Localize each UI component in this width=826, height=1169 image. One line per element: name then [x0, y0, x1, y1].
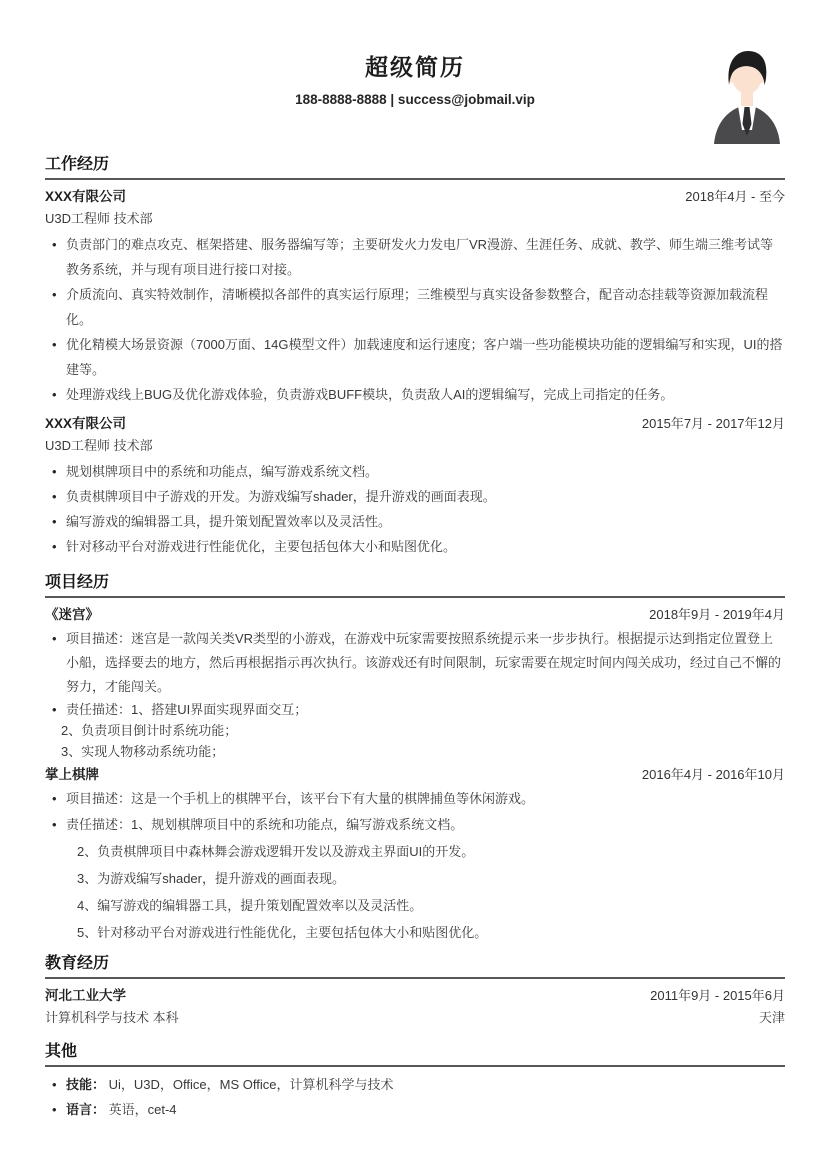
education-detail-row: 计算机科学与技术 本科 天津 — [45, 1009, 785, 1026]
responsibility-subitem: 2、负责棋牌项目中森林舞会游戏逻辑开发以及游戏主界面UI的开发。 — [77, 838, 785, 865]
bullet-list: 项目描述：这是一个手机上的棋牌平台，该平台下有大量的棋牌捕鱼等休闲游戏。 责任描… — [45, 787, 785, 838]
section-heading-work: 工作经历 — [45, 155, 785, 180]
company-name: XXX有限公司 — [45, 415, 126, 432]
resume-header: 超级简历 188-8888-8888 | success@jobmail.vip — [45, 54, 785, 109]
bullet-item: 规划棋牌项目中的系统和功能点，编写游戏系统文档。 — [45, 459, 785, 484]
other-item: 技能： Ui，U3D，Office，MS Office，计算机科学与技术 — [45, 1072, 785, 1097]
responsibility-subitem: 4、编写游戏的编辑器工具，提升策划配置效率以及灵活性。 — [77, 892, 785, 919]
project-name: 掌上棋牌 — [45, 766, 99, 783]
contact-line: 188-8888-8888 | success@jobmail.vip — [45, 90, 785, 109]
bullet-item: 介质流向、真实特效制作，清晰模拟各部件的真实运行原理；三维模型与真实设备参数整合… — [45, 282, 785, 332]
job-role: U3D工程师 技术部 — [45, 437, 785, 454]
other-list: 技能： Ui，U3D，Office，MS Office，计算机科学与技术 语言：… — [45, 1072, 785, 1122]
project-item: 掌上棋牌 2016年4月 - 2016年10月 项目描述：这是一个手机上的棋牌平… — [45, 766, 785, 946]
other-value: 英语，cet-4 — [109, 1102, 177, 1117]
job-header-row: XXX有限公司 2018年4月 - 至今 — [45, 188, 785, 205]
project-date: 2018年9月 - 2019年4月 — [649, 606, 785, 623]
project-responsibility: 责任描述：1、规划棋牌项目中的系统和功能点，编写游戏系统文档。 — [45, 811, 785, 838]
job-header-row: XXX有限公司 2015年7月 - 2017年12月 — [45, 415, 785, 432]
resume-page: 超级简历 188-8888-8888 | success@jobmail.vip… — [0, 0, 826, 1169]
job-role: U3D工程师 技术部 — [45, 210, 785, 227]
education-major: 计算机科学与技术 本科 — [45, 1009, 179, 1026]
job-date: 2018年4月 - 至今 — [685, 188, 785, 205]
page-title: 超级简历 — [45, 54, 785, 80]
section-other: 其他 技能： Ui，U3D，Office，MS Office，计算机科学与技术 … — [45, 1042, 785, 1122]
bullet-item: 处理游戏线上BUG及优化游戏体验，负责游戏BUFF模块，负责敌人AI的逻辑编写，… — [45, 382, 785, 407]
project-date: 2016年4月 - 2016年10月 — [642, 766, 785, 783]
responsibility-subitem: 5、针对移动平台对游戏进行性能优化，主要包括包体大小和贴图优化。 — [77, 919, 785, 946]
bullet-item: 负责棋牌项目中子游戏的开发。为游戏编写shader，提升游戏的画面表现。 — [45, 484, 785, 509]
bullet-list: 规划棋牌项目中的系统和功能点，编写游戏系统文档。 负责棋牌项目中子游戏的开发。为… — [45, 459, 785, 559]
other-value: Ui，U3D，Office，MS Office，计算机科学与技术 — [109, 1077, 394, 1092]
project-header-row: 《迷宫》 2018年9月 - 2019年4月 — [45, 606, 785, 623]
section-heading-projects: 项目经历 — [45, 573, 785, 598]
job-item: XXX有限公司 2015年7月 - 2017年12月 U3D工程师 技术部 规划… — [45, 415, 785, 559]
other-item: 语言： 英语，cet-4 — [45, 1097, 785, 1122]
school-name: 河北工业大学 — [45, 987, 126, 1004]
other-label: 技能： — [66, 1077, 105, 1092]
section-work: 工作经历 XXX有限公司 2018年4月 - 至今 U3D工程师 技术部 负责部… — [45, 155, 785, 559]
other-label: 语言： — [66, 1102, 105, 1117]
project-name: 《迷宫》 — [45, 606, 99, 623]
education-header-row: 河北工业大学 2011年9月 - 2015年6月 — [45, 987, 785, 1004]
responsibility-subitem: 2、负责项目倒计时系统功能； — [61, 720, 785, 741]
responsibility-subitem: 3、实现人物移动系统功能； — [61, 741, 785, 762]
project-description: 项目描述：迷宫是一款闯关类VR类型的小游戏，在游戏中玩家需要按照系统提示来一步步… — [45, 627, 785, 699]
section-heading-education: 教育经历 — [45, 954, 785, 979]
bullet-item: 优化精模大场景资源（7000万面、14G模型文件）加载速度和运行速度；客户端一些… — [45, 332, 785, 382]
section-projects: 项目经历 《迷宫》 2018年9月 - 2019年4月 项目描述：迷宫是一款闯关… — [45, 573, 785, 946]
section-education: 教育经历 河北工业大学 2011年9月 - 2015年6月 计算机科学与技术 本… — [45, 954, 785, 1026]
avatar-illustration — [709, 44, 785, 144]
section-heading-other: 其他 — [45, 1042, 785, 1067]
education-location: 天津 — [759, 1009, 785, 1026]
project-item: 《迷宫》 2018年9月 - 2019年4月 项目描述：迷宫是一款闯关类VR类型… — [45, 606, 785, 762]
project-responsibility: 责任描述：1、搭建UI界面实现界面交互； — [45, 699, 785, 720]
bullet-list: 负责部门的难点攻克、框架搭建、服务器编写等；主要研发火力发电厂VR漫游、生涯任务… — [45, 232, 785, 407]
avatar — [709, 44, 785, 144]
bullet-item: 负责部门的难点攻克、框架搭建、服务器编写等；主要研发火力发电厂VR漫游、生涯任务… — [45, 232, 785, 282]
responsibility-sublist: 2、负责棋牌项目中森林舞会游戏逻辑开发以及游戏主界面UI的开发。 3、为游戏编写… — [45, 838, 785, 946]
education-date: 2011年9月 - 2015年6月 — [650, 987, 785, 1004]
project-header-row: 掌上棋牌 2016年4月 - 2016年10月 — [45, 766, 785, 783]
bullet-item: 针对移动平台对游戏进行性能优化，主要包括包体大小和贴图优化。 — [45, 534, 785, 559]
job-date: 2015年7月 - 2017年12月 — [642, 415, 785, 432]
company-name: XXX有限公司 — [45, 188, 126, 205]
bullet-item: 编写游戏的编辑器工具，提升策划配置效率以及灵活性。 — [45, 509, 785, 534]
responsibility-subitem: 3、为游戏编写shader，提升游戏的画面表现。 — [77, 865, 785, 892]
responsibility-sublist: 2、负责项目倒计时系统功能； 3、实现人物移动系统功能； — [45, 720, 785, 762]
job-item: XXX有限公司 2018年4月 - 至今 U3D工程师 技术部 负责部门的难点攻… — [45, 188, 785, 407]
bullet-list: 项目描述：迷宫是一款闯关类VR类型的小游戏，在游戏中玩家需要按照系统提示来一步步… — [45, 627, 785, 720]
project-description: 项目描述：这是一个手机上的棋牌平台，该平台下有大量的棋牌捕鱼等休闲游戏。 — [45, 787, 785, 811]
